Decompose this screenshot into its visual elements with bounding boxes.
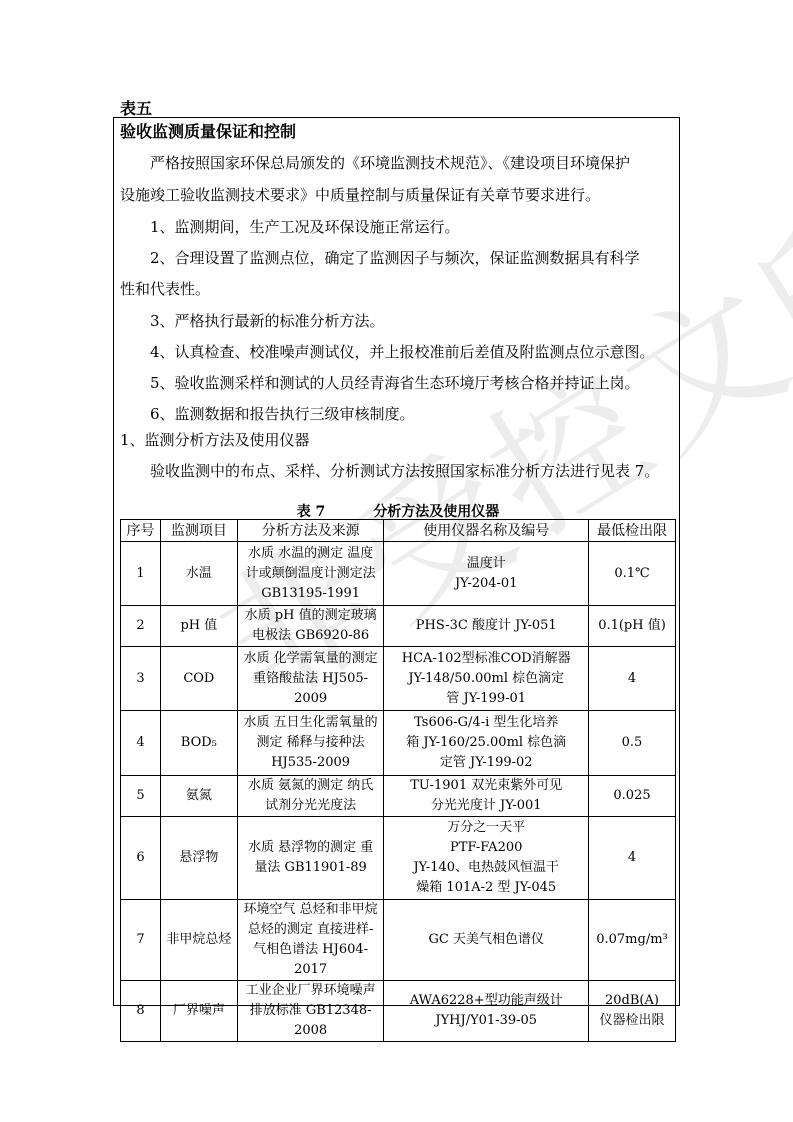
method-line: 水质 五日生化需氧量的 <box>240 713 382 733</box>
table-row: 7 非甲烷总烃 环境空气 总烃和非甲烷 总烃的测定 直接进样- 气相色谱法 HJ… <box>121 900 676 981</box>
cell-method: 环境空气 总烃和非甲烷 总烃的测定 直接进样- 气相色谱法 HJ604-2017 <box>237 900 384 981</box>
method-line: 水质 水温的测定 温度 <box>240 544 382 564</box>
cell-instrument: Ts606-G/4-i 型生化培养 箱 JY-160/25.00ml 棕色滴 定… <box>384 711 589 776</box>
cell-no: 7 <box>121 900 161 981</box>
instrument-line: TU-1901 双光束紫外可见 <box>386 776 586 796</box>
cell-method: 水质 化学需氧量的测定 重铬酸盐法 HJ505-2009 <box>237 647 384 711</box>
cell-limit: 0.5 <box>589 711 676 776</box>
cell-method: 水质 水温的测定 温度 计或颠倒温度计测定法 GB13195-1991 <box>237 542 384 606</box>
method-line: GB13195-1991 <box>240 584 382 604</box>
instrument-line: HCA-102型标准COD消解器 <box>386 649 586 669</box>
cell-item: 水温 <box>160 542 237 606</box>
instrument-line: 燥箱 101A-2 型 JY-045 <box>386 878 586 898</box>
method-line: 水质 氨氮的测定 纳氏 <box>240 776 382 796</box>
cell-item: BOD₅ <box>160 711 237 776</box>
method-line: 计或颠倒温度计测定法 <box>240 564 382 584</box>
table-caption-number: 表 7 <box>297 504 326 520</box>
instrument-line: 温度计 <box>386 554 586 574</box>
cell-method: 水质 悬浮物的测定 重 量法 GB11901-89 <box>237 817 384 900</box>
table-row: 8 厂界噪声 工业企业厂界环境噪声 排放标准 GB12348-2008 AWA6… <box>121 981 676 1042</box>
table-row: 4 BOD₅ 水质 五日生化需氧量的 测定 稀释与接种法 HJ535-2009 … <box>121 711 676 776</box>
section-title: 验收监测质量保证和控制 <box>120 119 296 142</box>
qc-item-2: 2、合理设置了监测点位，确定了监测因子与频次，保证监测数据具有科学 <box>120 243 676 273</box>
instrument-line: 定管 JY-199-02 <box>386 753 586 773</box>
method-line: 水质 悬浮物的测定 重 <box>240 838 382 858</box>
cell-method: 水质 pH 值的测定玻璃 电极法 GB6920-86 <box>237 606 384 647</box>
cell-limit: 0.07mg/m³ <box>589 900 676 981</box>
analysis-methods-table: 序号 监测项目 分析方法及来源 使用仪器名称及编号 最低检出限 1 水温 水质 … <box>120 519 676 1042</box>
qc-item-4: 4、认真检查、校准噪声测试仪，并上报校准前后差值及附监测点位示意图。 <box>120 337 676 367</box>
table-row: 2 pH 值 水质 pH 值的测定玻璃 电极法 GB6920-86 PHS-3C… <box>121 606 676 647</box>
page-label: 表五 <box>120 96 152 119</box>
method-line: 重铬酸盐法 HJ505-2009 <box>240 669 382 709</box>
qc-item-2-cont: 性和代表性。 <box>120 274 676 304</box>
cell-instrument: GC 天美气相色谱仪 <box>384 900 589 981</box>
header-item: 监测项目 <box>160 520 237 542</box>
method-line: 环境空气 总烃和非甲烷 <box>240 900 382 920</box>
table-row: 6 悬浮物 水质 悬浮物的测定 重 量法 GB11901-89 万分之一天平 P… <box>121 817 676 900</box>
header-limit: 最低检出限 <box>589 520 676 542</box>
cell-limit: 0.025 <box>589 776 676 817</box>
table-caption: 表 7分析方法及使用仪器 <box>120 501 676 521</box>
cell-instrument: TU-1901 双光束紫外可见 分光光度计 JY-001 <box>384 776 589 817</box>
cell-method: 水质 氨氮的测定 纳氏 试剂分光光度法 <box>237 776 384 817</box>
instrument-line: 箱 JY-160/25.00ml 棕色滴 <box>386 733 586 753</box>
cell-item: 悬浮物 <box>160 817 237 900</box>
instrument-line: JY-140、电热鼓风恒温干 <box>386 858 586 878</box>
method-line: 量法 GB11901-89 <box>240 858 382 878</box>
qc-item-3: 3、严格执行最新的标准分析方法。 <box>120 306 676 336</box>
method-line: 电极法 GB6920-86 <box>240 626 382 646</box>
cell-no: 8 <box>121 981 161 1042</box>
cell-item: pH 值 <box>160 606 237 647</box>
header-no: 序号 <box>121 520 161 542</box>
cell-method: 水质 五日生化需氧量的 测定 稀释与接种法 HJ535-2009 <box>237 711 384 776</box>
cell-no: 5 <box>121 776 161 817</box>
instrument-line: 管 JY-199-01 <box>386 689 586 709</box>
cell-item: 非甲烷总烃 <box>160 900 237 981</box>
header-instrument: 使用仪器名称及编号 <box>384 520 589 542</box>
cell-limit: 4 <box>589 647 676 711</box>
cell-instrument: PHS-3C 酸度计 JY-051 <box>384 606 589 647</box>
instrument-line: 分光光度计 JY-001 <box>386 796 586 816</box>
instrument-line: PTF-FA200 <box>386 838 586 858</box>
cell-instrument: HCA-102型标准COD消解器 JY-148/50.00ml 棕色滴定 管 J… <box>384 647 589 711</box>
cell-limit: 4 <box>589 817 676 900</box>
header-method: 分析方法及来源 <box>237 520 384 542</box>
instrument-line: PHS-3C 酸度计 JY-051 <box>386 616 586 636</box>
cell-limit: 0.1℃ <box>589 542 676 606</box>
cell-no: 6 <box>121 817 161 900</box>
method-line: 试剂分光光度法 <box>240 796 382 816</box>
method-line: 气相色谱法 HJ604-2017 <box>240 940 382 980</box>
qc-item-1: 1、监测期间，生产工况及环保设施正常运行。 <box>120 212 676 242</box>
cell-item: COD <box>160 647 237 711</box>
intro-line-2: 设施竣工验收监测技术要求》中质量控制与质量保证有关章节要求进行。 <box>120 180 676 210</box>
cell-no: 4 <box>121 711 161 776</box>
cell-limit: 20dB(A) 仪器检出限 <box>589 981 676 1042</box>
table-header-row: 序号 监测项目 分析方法及来源 使用仪器名称及编号 最低检出限 <box>121 520 676 542</box>
instrument-line: JY-148/50.00ml 棕色滴定 <box>386 669 586 689</box>
instrument-line: Ts606-G/4-i 型生化培养 <box>386 713 586 733</box>
instrument-line: 万分之一天平 <box>386 818 586 838</box>
method-line: 测定 稀释与接种法 <box>240 733 382 753</box>
instrument-line: AWA6228+型功能声级计 <box>386 991 586 1011</box>
subheading: 1、监测分析方法及使用仪器 <box>120 425 676 455</box>
cell-item: 厂界噪声 <box>160 981 237 1042</box>
cell-method: 工业企业厂界环境噪声 排放标准 GB12348-2008 <box>237 981 384 1042</box>
limit-line: 仪器检出限 <box>591 1011 673 1031</box>
cell-instrument: 万分之一天平 PTF-FA200 JY-140、电热鼓风恒温干 燥箱 101A-… <box>384 817 589 900</box>
method-line: 工业企业厂界环境噪声 <box>240 981 382 1001</box>
table-caption-title: 分析方法及使用仪器 <box>373 504 499 520</box>
method-line: 水质 pH 值的测定玻璃 <box>240 606 382 626</box>
method-line: 总烃的测定 直接进样- <box>240 920 382 940</box>
instrument-line: GC 天美气相色谱仪 <box>386 930 586 950</box>
intro-line-1: 严格按照国家环保总局颁发的《环境监测技术规范》、《建设项目环境保护 <box>120 148 676 178</box>
method-line: 排放标准 GB12348-2008 <box>240 1001 382 1041</box>
cell-no: 2 <box>121 606 161 647</box>
table-row: 5 氨氮 水质 氨氮的测定 纳氏 试剂分光光度法 TU-1901 双光束紫外可见… <box>121 776 676 817</box>
cell-no: 1 <box>121 542 161 606</box>
cell-no: 3 <box>121 647 161 711</box>
table-row: 1 水温 水质 水温的测定 温度 计或颠倒温度计测定法 GB13195-1991… <box>121 542 676 606</box>
method-line: HJ535-2009 <box>240 753 382 773</box>
method-line: 水质 化学需氧量的测定 <box>240 649 382 669</box>
instrument-line: JY-204-01 <box>386 574 586 594</box>
table-row: 3 COD 水质 化学需氧量的测定 重铬酸盐法 HJ505-2009 HCA-1… <box>121 647 676 711</box>
instrument-line: JYHJ/Y01-39-05 <box>386 1011 586 1031</box>
subheading-text: 验收监测中的布点、采样、分析测试方法按照国家标准分析方法进行见表 7。 <box>120 456 676 486</box>
cell-item: 氨氮 <box>160 776 237 817</box>
cell-instrument: AWA6228+型功能声级计 JYHJ/Y01-39-05 <box>384 981 589 1042</box>
cell-limit: 0.1(pH 值) <box>589 606 676 647</box>
qc-item-5: 5、验收监测采样和测试的人员经青海省生态环境厅考核合格并持证上岗。 <box>120 368 676 398</box>
cell-instrument: 温度计 JY-204-01 <box>384 542 589 606</box>
limit-line: 20dB(A) <box>591 991 673 1011</box>
